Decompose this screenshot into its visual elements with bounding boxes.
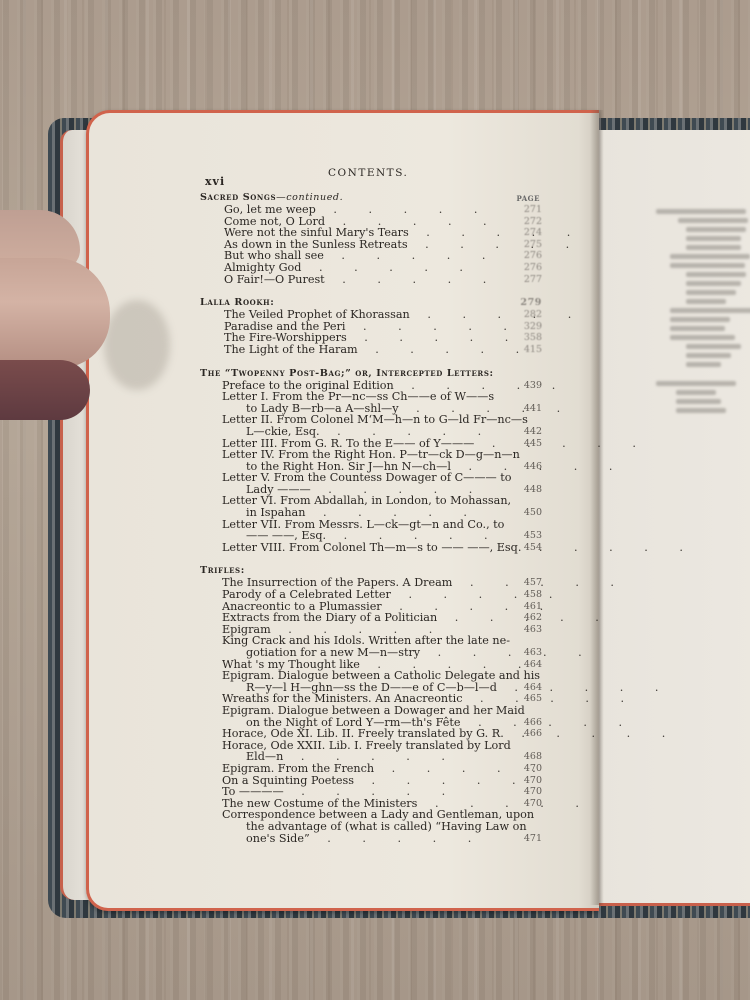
toc-section: Trifles:The Insurrection of the Papers. …: [200, 553, 530, 844]
section-spacer: [200, 356, 530, 368]
leader-dots: . . . . .: [310, 832, 486, 845]
entry-title: The Light of the Haram: [224, 343, 358, 356]
page-number: 282: [524, 309, 542, 321]
section-spacer: [200, 553, 530, 565]
toc-entry-continuation: one's Side” . . . . .471: [200, 833, 530, 845]
blurred-text-line: [656, 209, 746, 214]
toc-entry: The Light of the Haram . . . . .415: [200, 344, 530, 356]
thumb-shadow: [104, 300, 170, 390]
blurred-text-line: [686, 245, 741, 250]
section-title-text: Sacred Songs: [200, 192, 276, 203]
page-number: 329: [524, 321, 542, 333]
blurred-text-line: [670, 335, 735, 340]
section-title-text: The “Twopenny Post-Bag;” or, Intercepted…: [200, 368, 494, 379]
page-number: 277: [524, 274, 542, 286]
page-number: 415: [524, 344, 542, 356]
section-title-suffix: —continued.: [276, 192, 343, 203]
page-number: 462: [524, 612, 542, 624]
blurred-text-line: [670, 326, 725, 331]
blurred-text-line: [670, 254, 750, 259]
toc-entry: Letter VIII. From Colonel Th—m—s to —— —…: [200, 542, 530, 554]
blurred-text-line: [656, 381, 736, 386]
section-title-text: Trifles:: [200, 565, 245, 576]
page-number: 445: [524, 438, 542, 450]
page-number: 271: [524, 204, 542, 216]
page-number: 275: [524, 239, 542, 251]
toc-section: Lalla Rookh:279The Veiled Prophet of Kho…: [200, 285, 530, 355]
folio-number: xvi: [205, 176, 225, 188]
page-number: 446: [524, 461, 542, 473]
blurred-text-line: [676, 399, 721, 404]
blurred-text-line: [686, 272, 746, 277]
blurred-text-line: [670, 308, 750, 313]
blurred-text-line: [686, 344, 741, 349]
section-title-text: Lalla Rookh:: [200, 297, 274, 308]
page-number: 448: [524, 484, 542, 496]
page-number: 439: [524, 380, 542, 392]
blurred-text-line: [670, 263, 745, 268]
blurred-text-line: [686, 362, 721, 367]
page-number: 454: [524, 542, 542, 554]
blurred-text-line: [678, 218, 748, 223]
entry-title: one's Side”: [246, 832, 310, 845]
page-header: xvi CONTENTS.: [200, 168, 530, 192]
hand-thumb: [0, 258, 110, 368]
page-number: 465: [524, 693, 542, 705]
blurred-text-line: [686, 290, 736, 295]
blurred-text-line: [686, 299, 726, 304]
page-number: 279: [520, 297, 542, 309]
hand-finger-under: [0, 360, 90, 420]
blurred-text-line: [686, 227, 746, 232]
blurred-text-line: [686, 353, 731, 358]
blurred-text-line: [676, 390, 716, 395]
blurred-text-line: [686, 281, 741, 286]
entry-title: O Fair!—O Purest: [224, 273, 325, 286]
blurred-text-line: [686, 236, 741, 241]
page-number: 463: [524, 624, 542, 636]
page-number: 276: [524, 250, 542, 262]
page-column-label: PAGE: [517, 193, 541, 205]
page-number: 466: [524, 728, 542, 740]
book-gutter: [590, 110, 604, 905]
contents-listing: xvi CONTENTS. Sacred Songs—continued.PAG…: [200, 168, 530, 844]
leader-dots: . . . . .: [521, 541, 697, 554]
toc-section: The “Twopenny Post-Bag;” or, Intercepted…: [200, 356, 530, 554]
toc-section: Sacred Songs—continued.PAGEGo, let me we…: [200, 192, 530, 285]
page-number: 450: [524, 507, 542, 519]
page-number: 470: [524, 775, 542, 787]
toc-sections: Sacred Songs—continued.PAGEGo, let me we…: [200, 192, 530, 844]
blurred-text-line: [670, 317, 730, 322]
toc-entry: O Fair!—O Purest . . . . .277: [200, 274, 530, 286]
page-number: 276: [524, 262, 542, 274]
right-page-blurred-text: [656, 205, 750, 417]
section-spacer: [200, 285, 530, 297]
blurred-text-line: [676, 408, 726, 413]
entry-title: Letter VIII. From Colonel Th—m—s to —— —…: [222, 541, 521, 554]
page-number: 471: [524, 833, 542, 845]
leader-dots: . . . . .: [325, 273, 501, 286]
running-head: CONTENTS.: [328, 168, 408, 180]
leader-dots: . . . . .: [358, 343, 534, 356]
